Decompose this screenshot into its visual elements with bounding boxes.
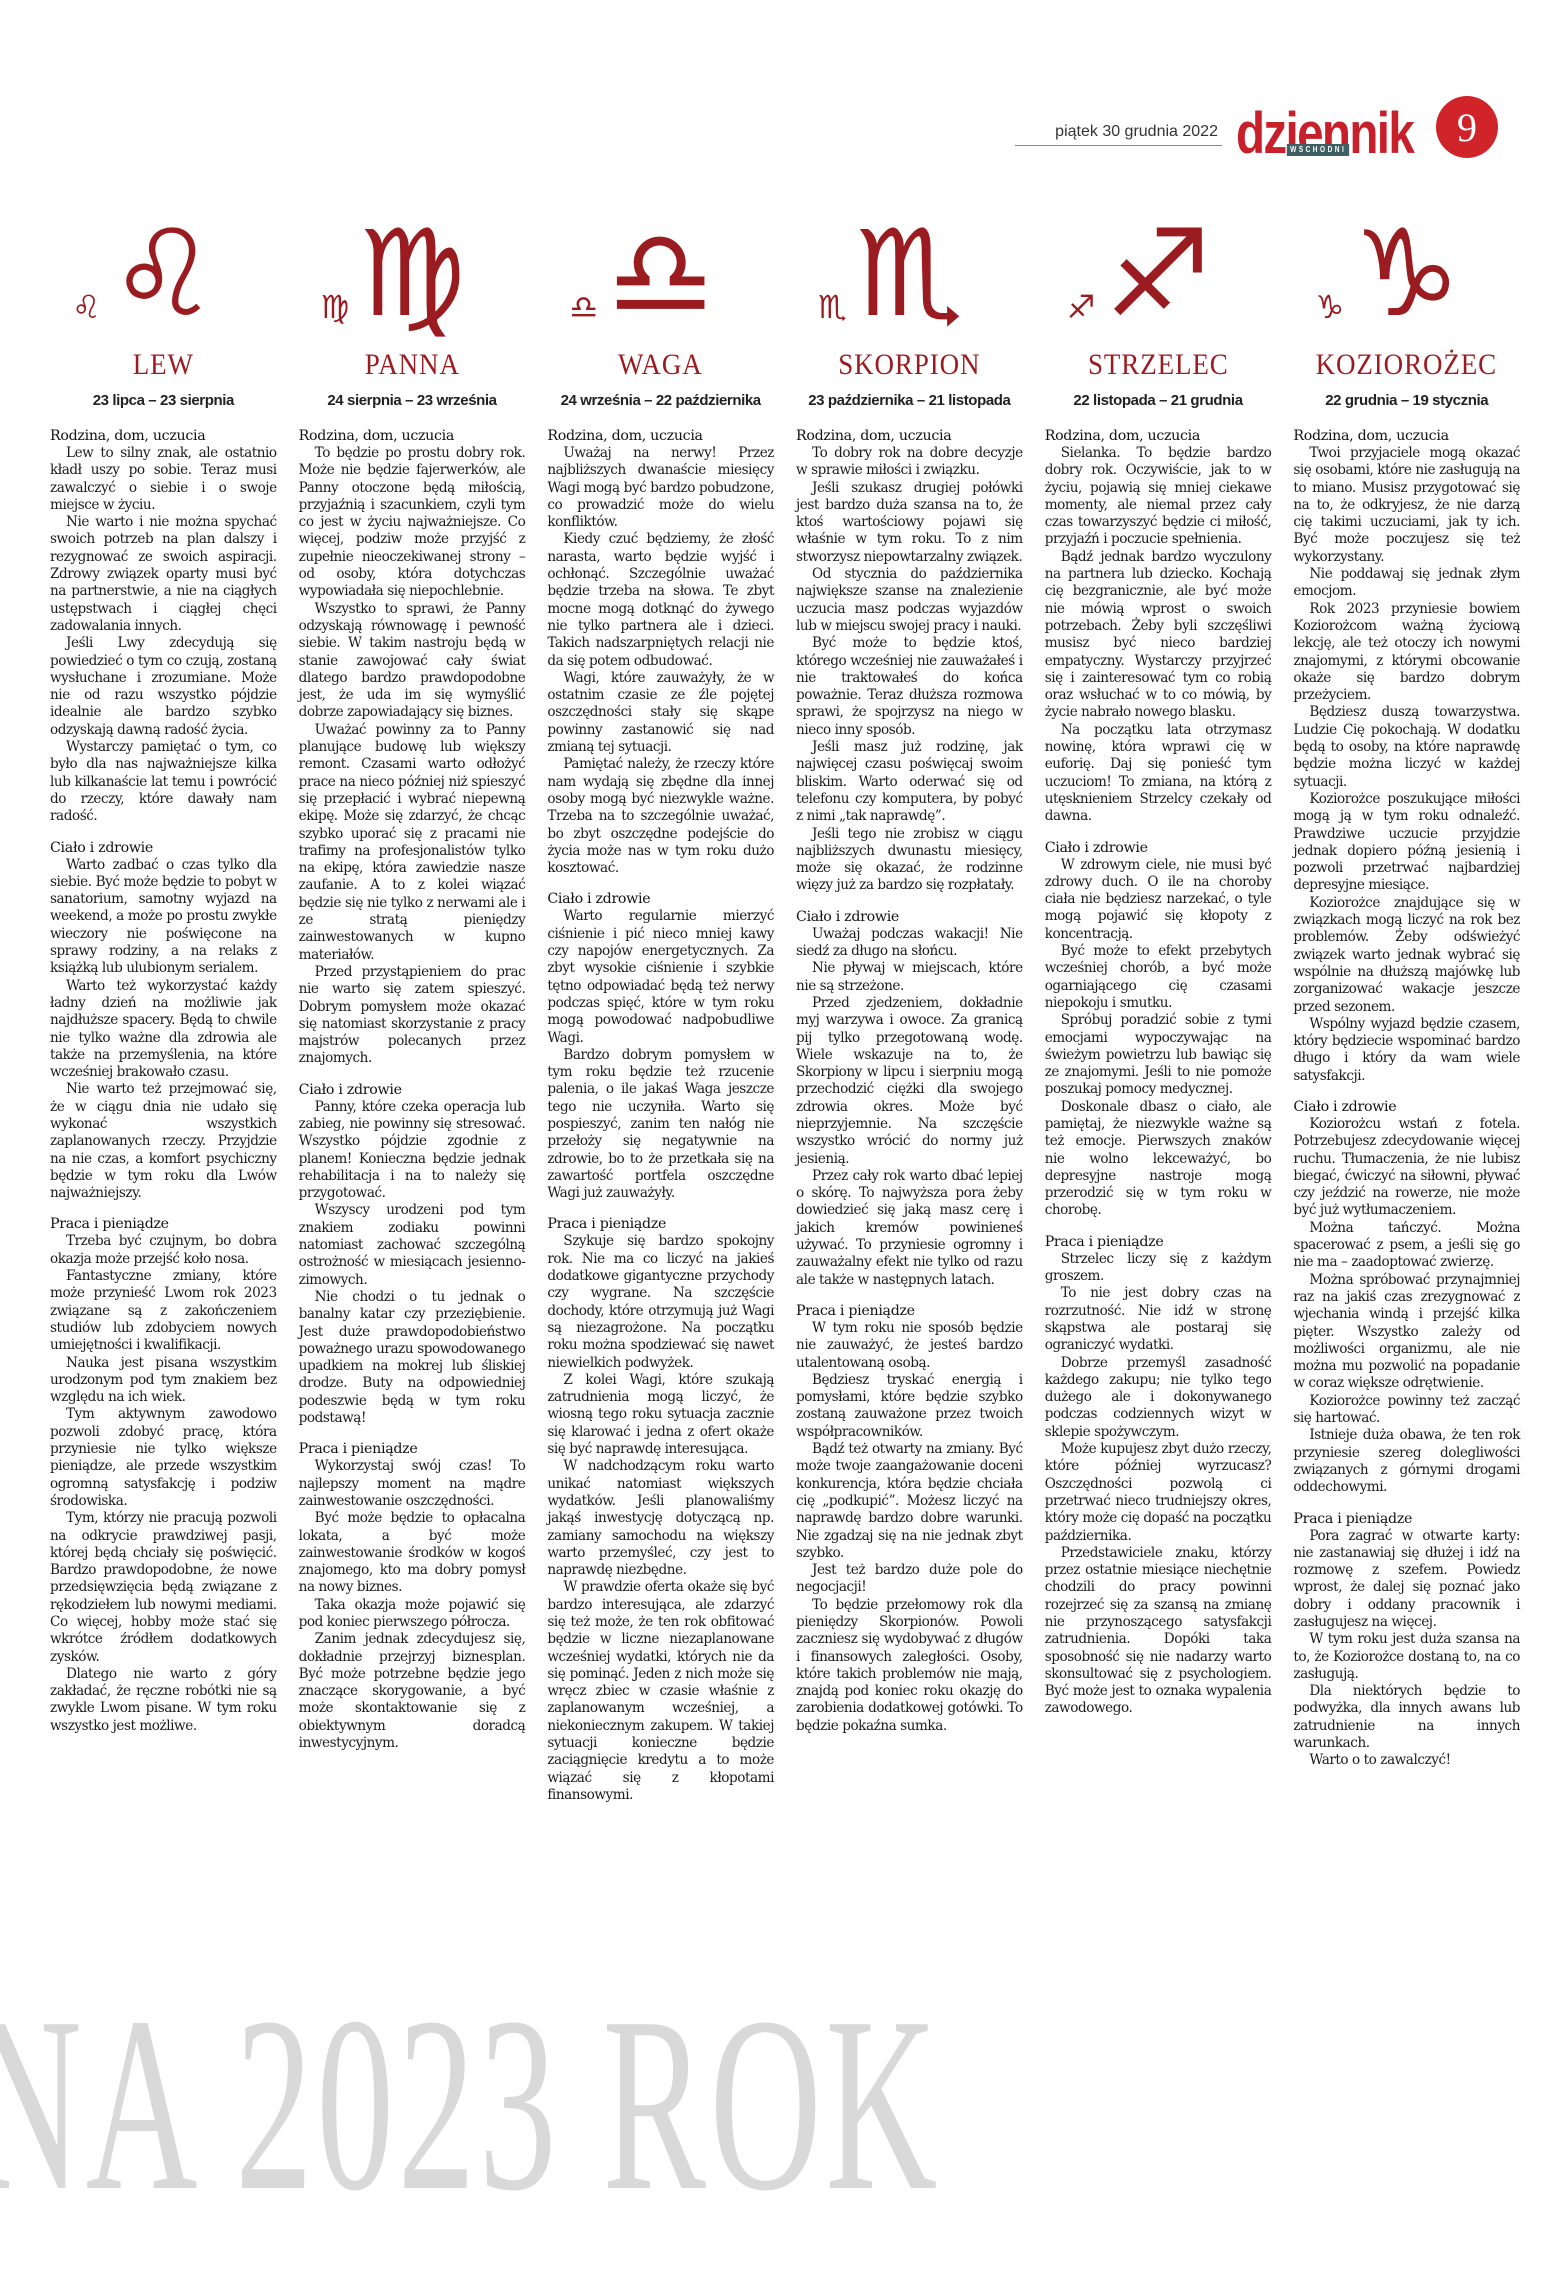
paragraph: Sielanka. To będzie bardzo dobry rok. Oc… <box>1045 445 1272 549</box>
paragraph: Być może to będzie ktoś, którego wcześni… <box>796 635 1023 739</box>
paragraph: Być może to efekt przebytych wcześniej c… <box>1045 943 1272 1012</box>
paragraph: Wspólny wyjazd będzie czasem, który będz… <box>1293 1016 1520 1085</box>
paragraph: Koziorożce znajdujące się w związkach mo… <box>1293 895 1520 1016</box>
horoscope-section: Rodzina, dom, uczuciaSielanka. To będzie… <box>1045 428 1272 826</box>
section-heading: Rodzina, dom, uczucia <box>50 428 277 444</box>
section-heading: Ciało i zdrowie <box>299 1082 526 1098</box>
paragraph: Warto regularnie mierzyć ciśnienie i pić… <box>547 908 774 1046</box>
sign-body: Rodzina, dom, uczuciaSielanka. To będzie… <box>1045 428 1272 1718</box>
watermark-title: NA 2023 ROK <box>0 1995 974 2215</box>
zodiac-figure-icon: ♐ <box>1104 210 1212 340</box>
paragraph: Jeśli szukasz drugiej połówki jest bardz… <box>796 480 1023 566</box>
paragraph: Koziorożce poszukujące miłości mogą ją w… <box>1293 791 1520 895</box>
sign-column-panna: ♍♍PANNA24 sierpnia – 23 wrześniaRodzina,… <box>299 190 526 1818</box>
section-heading: Praca i pieniądze <box>50 1216 277 1232</box>
section-heading: Ciało i zdrowie <box>1293 1099 1520 1115</box>
logo-text: dziennik <box>1236 101 1413 166</box>
paragraph: Wszystko to sprawi, że Panny odzyskają r… <box>299 601 526 722</box>
section-heading: Praca i pieniądze <box>299 1441 526 1457</box>
sign-dates: 24 sierpnia – 23 września <box>299 392 526 409</box>
zodiac-symbol-icon: ♑ <box>1315 288 1344 326</box>
paragraph: Można spróbować przynajmniej raz na jaki… <box>1293 1272 1520 1393</box>
paragraph: Będziesz tryskać energią i pomysłami, kt… <box>796 1372 1023 1441</box>
paragraph: Rok 2023 przyniesie bowiem Koziorożcom w… <box>1293 601 1520 705</box>
paragraph: Tym, którzy nie pracują pozwoli na odkry… <box>50 1510 277 1666</box>
paragraph: Wagi, które zauważyły, że w ostatnim cza… <box>547 670 774 756</box>
paragraph: Z kolei Wagi, które szukają zatrudnienia… <box>547 1372 774 1458</box>
horoscope-section: Praca i pieniądzeSzykuje się bardzo spok… <box>547 1216 774 1804</box>
sign-header: ♐♐STRZELEC22 listopada – 21 grudnia <box>1045 190 1272 420</box>
paragraph: Nie chodzi o tu jednak o banalny katar c… <box>299 1289 526 1427</box>
sign-header: ♍♍PANNA24 sierpnia – 23 września <box>299 190 526 420</box>
sign-header: ♎♎WAGA24 września – 22 października <box>547 190 774 420</box>
paragraph: Warto o to zawalczyć! <box>1293 1752 1520 1769</box>
horoscope-section: Praca i pieniądzePora zagrać w otwarte k… <box>1293 1511 1520 1770</box>
paragraph: Tym aktywnym zawodowo pozwoli zdobyć pra… <box>50 1406 277 1510</box>
horoscope-section: Rodzina, dom, uczuciaTo będzie po prostu… <box>299 428 526 1068</box>
zodiac-symbol-icon: ♍ <box>321 288 350 326</box>
paragraph: Nauka jest pisana wszystkim urodzonym po… <box>50 1355 277 1407</box>
sign-column-skorpion: ♏♏SKORPION23 października – 21 listopada… <box>796 190 1023 1818</box>
horoscope-section: Praca i pieniądzeStrzelec liczy się z ka… <box>1045 1234 1272 1718</box>
newspaper-logo: dziennik WSCHODNI <box>1236 108 1413 160</box>
horoscope-section: Rodzina, dom, uczuciaTwoi przyjaciele mo… <box>1293 428 1520 1085</box>
paragraph: Można tańczyć. Można spacerować z psem, … <box>1293 1220 1520 1272</box>
paragraph: Twoi przyjaciele mogą okazać się osobami… <box>1293 445 1520 566</box>
zodiac-symbol-icon: ♎ <box>569 288 598 326</box>
section-heading: Praca i pieniądze <box>1045 1234 1272 1250</box>
paragraph: Na początku lata otrzymasz nowinę, która… <box>1045 722 1272 826</box>
paragraph: Zanim jednak zdecydujesz się, dokładnie … <box>299 1631 526 1752</box>
paragraph: Fantastyczne zmiany, które może przynieś… <box>50 1268 277 1354</box>
sign-dates: 24 września – 22 października <box>547 392 774 409</box>
paragraph: Kiedy czuć będziemy, że złość narasta, w… <box>547 531 774 669</box>
section-heading: Rodzina, dom, uczucia <box>796 428 1023 444</box>
sign-body: Rodzina, dom, uczuciaUważaj na nerwy! Pr… <box>547 428 774 1804</box>
sign-name: STRZELEC <box>1056 348 1260 382</box>
sign-dates: 22 listopada – 21 grudnia <box>1045 392 1272 409</box>
horoscope-columns: ♌♌LEW23 lipca – 23 sierpniaRodzina, dom,… <box>50 190 1520 1818</box>
horoscope-section: Ciało i zdrowieUważaj podczas wakacji! N… <box>796 909 1023 1289</box>
capricorn-goat-icon: ♑♑ <box>1293 190 1520 340</box>
paragraph: Spróbuj poradzić sobie z tymi emocjami w… <box>1045 1012 1272 1098</box>
paragraph: Nie pływaj w miejscach, które nie są str… <box>796 960 1023 995</box>
paragraph: Trzeba być czujnym, bo dobra okazja może… <box>50 1233 277 1268</box>
sign-body: Rodzina, dom, uczuciaTwoi przyjaciele mo… <box>1293 428 1520 1770</box>
paragraph: Panny, które czeka operacja lub zabieg, … <box>299 1099 526 1203</box>
paragraph: Nie warto też przejmować się, że w ciągu… <box>50 1081 277 1202</box>
sign-header: ♑♑KOZIOROŻEC22 grudnia – 19 stycznia <box>1293 190 1520 420</box>
section-heading: Rodzina, dom, uczucia <box>547 428 774 444</box>
paragraph: Pora zagrać w otwarte karty: nie zastana… <box>1293 1528 1520 1632</box>
paragraph: Uważaj podczas wakacji! Nie siedź za dłu… <box>796 926 1023 961</box>
paragraph: Od stycznia do października największe s… <box>796 566 1023 635</box>
paragraph: Taka okazja może pojawić się pod koniec … <box>299 1597 526 1632</box>
horoscope-section: Ciało i zdrowieKoziorożcu wstań z fotela… <box>1293 1099 1520 1497</box>
paragraph: Lew to silny znak, ale ostatnio kładł us… <box>50 445 277 514</box>
section-heading: Praca i pieniądze <box>796 1303 1023 1319</box>
paragraph: Wszyscy urodzeni pod tym znakiem zodiaku… <box>299 1202 526 1288</box>
paragraph: Koziorożcu wstań z fotela. Potrzebujesz … <box>1293 1116 1520 1220</box>
paragraph: Wykorzystaj swój czas! To najlepszy mome… <box>299 1458 526 1510</box>
section-heading: Rodzina, dom, uczucia <box>1293 428 1520 444</box>
section-heading: Rodzina, dom, uczucia <box>299 428 526 444</box>
paragraph: Bądź też otwarty na zmiany. Być może two… <box>796 1441 1023 1562</box>
paragraph: Doskonale dbasz o ciało, ale pamiętaj, ż… <box>1045 1099 1272 1220</box>
masthead: piątek 30 grudnia 2022 dziennik WSCHODNI… <box>1015 100 1498 160</box>
sign-name: KOZIOROŻEC <box>1305 348 1509 382</box>
horoscope-section: Ciało i zdrowieWarto regularnie mierzyć … <box>547 891 774 1202</box>
paragraph: Być może będzie to opłacalna lokata, a b… <box>299 1510 526 1596</box>
section-heading: Ciało i zdrowie <box>50 840 277 856</box>
paragraph: Warto też wykorzystać każdy ładny dzień … <box>50 978 277 1082</box>
paragraph: Strzelec liczy się z każdym groszem. <box>1045 1251 1272 1286</box>
sign-column-koziorożec: ♑♑KOZIOROŻEC22 grudnia – 19 styczniaRodz… <box>1293 190 1520 1818</box>
paragraph: To będzie przełomowy rok dla pieniędzy S… <box>796 1597 1023 1735</box>
paragraph: To będzie po prostu dobry rok. Może nie … <box>299 445 526 601</box>
sign-dates: 22 grudnia – 19 stycznia <box>1293 392 1520 409</box>
horoscope-section: Rodzina, dom, uczuciaTo dobry rok na dob… <box>796 428 1023 895</box>
paragraph: W prawdzie oferta okaże się być bardzo i… <box>547 1579 774 1804</box>
horoscope-section: Ciało i zdrowieWarto zadbać o czas tylko… <box>50 840 277 1203</box>
zodiac-figure-icon: ♌ <box>110 210 218 340</box>
paragraph: Pamiętać należy, że rzeczy które nam wyd… <box>547 756 774 877</box>
sign-name: PANNA <box>310 348 514 382</box>
paragraph: Warto zadbać o czas tylko dla siebie. By… <box>50 857 277 978</box>
sagittarius-archer-icon: ♐♐ <box>1045 190 1272 340</box>
sign-column-waga: ♎♎WAGA24 września – 22 październikaRodzi… <box>547 190 774 1818</box>
libra-scales-icon: ♎♎ <box>547 190 774 340</box>
scorpio-scorpion-icon: ♏♏ <box>796 190 1023 340</box>
horoscope-section: Ciało i zdrowieW zdrowym ciele, nie musi… <box>1045 840 1272 1220</box>
section-heading: Praca i pieniądze <box>547 1216 774 1232</box>
paragraph: Dla niektórych będzie to podwyżka, dla i… <box>1293 1683 1520 1752</box>
paragraph: Nie poddawaj się jednak złym emocjom. <box>1293 566 1520 601</box>
sign-header: ♏♏SKORPION23 października – 21 listopada <box>796 190 1023 420</box>
zodiac-figure-icon: ♎ <box>607 210 715 340</box>
paragraph: Przed przystąpieniem do prac nie warto s… <box>299 964 526 1068</box>
paragraph: Dlatego nie warto z góry zakładać, że rę… <box>50 1666 277 1735</box>
zodiac-symbol-icon: ♏ <box>818 288 847 326</box>
logo-subtitle: WSCHODNI <box>1287 144 1350 156</box>
paragraph: Przez cały rok warto dbać lepiej o skórę… <box>796 1168 1023 1289</box>
section-heading: Ciało i zdrowie <box>796 909 1023 925</box>
paragraph: Jeśli tego nie zrobisz w ciągu najbliższ… <box>796 826 1023 895</box>
paragraph: Szykuje się bardzo spokojny rok. Nie ma … <box>547 1233 774 1371</box>
section-heading: Ciało i zdrowie <box>547 891 774 907</box>
section-heading: Ciało i zdrowie <box>1045 840 1272 856</box>
paragraph: Jeśli Lwy zdecydują się powiedzieć o tym… <box>50 635 277 739</box>
zodiac-figure-icon: ♑ <box>1353 210 1461 340</box>
horoscope-section: Praca i pieniądzeTrzeba być czujnym, bo … <box>50 1216 277 1735</box>
sign-name: LEW <box>61 348 265 382</box>
paragraph: Może kupujesz zbyt dużo rzeczy, które pó… <box>1045 1441 1272 1545</box>
sign-body: Rodzina, dom, uczuciaLew to silny znak, … <box>50 428 277 1735</box>
horoscope-section: Praca i pieniądzeW tym roku nie sposób b… <box>796 1303 1023 1735</box>
sign-column-lew: ♌♌LEW23 lipca – 23 sierpniaRodzina, dom,… <box>50 190 277 1818</box>
paragraph: Koziorożce powinny też zacząć się hartow… <box>1293 1393 1520 1428</box>
horoscope-section: Rodzina, dom, uczuciaUważaj na nerwy! Pr… <box>547 428 774 877</box>
paragraph: Istnieje duża obawa, że ten rok przynies… <box>1293 1427 1520 1496</box>
paragraph: Uważaj na nerwy! Przez najbliższych dwan… <box>547 445 774 531</box>
paragraph: W zdrowym ciele, nie musi być zdrowy duc… <box>1045 857 1272 943</box>
horoscope-section: Praca i pieniądzeWykorzystaj swój czas! … <box>299 1441 526 1752</box>
paragraph: Jeśli masz już rodzinę, jak najwięcej cz… <box>796 739 1023 825</box>
zodiac-figure-icon: ♍ <box>358 210 466 340</box>
paragraph: Będziesz duszą towarzystwa. Ludzie Cię p… <box>1293 704 1520 790</box>
paragraph: Przedstawiciele znaku, którzy przez osta… <box>1045 1545 1272 1718</box>
paragraph: Przed zjedzeniem, dokładnie myj warzywa … <box>796 995 1023 1168</box>
zodiac-symbol-icon: ♌ <box>72 288 101 326</box>
paragraph: Bądź jednak bardzo wyczulony na partnera… <box>1045 549 1272 722</box>
section-heading: Praca i pieniądze <box>1293 1511 1520 1527</box>
issue-date: piątek 30 grudnia 2022 <box>1015 123 1222 146</box>
sign-dates: 23 lipca – 23 sierpnia <box>50 392 277 409</box>
paragraph: Uważać powinny za to Panny planujące bud… <box>299 722 526 964</box>
paragraph: Wystarczy pamiętać o tym, co było dla na… <box>50 739 277 825</box>
virgo-maiden-icon: ♍♍ <box>299 190 526 340</box>
paragraph: W nadchodzącym roku warto unikać natomia… <box>547 1458 774 1579</box>
paragraph: Nie warto i nie można spychać swoich pot… <box>50 514 277 635</box>
sign-header: ♌♌LEW23 lipca – 23 sierpnia <box>50 190 277 420</box>
sign-column-strzelec: ♐♐STRZELEC22 listopada – 21 grudniaRodzi… <box>1045 190 1272 1818</box>
section-heading: Rodzina, dom, uczucia <box>1045 428 1272 444</box>
horoscope-section: Rodzina, dom, uczuciaLew to silny znak, … <box>50 428 277 826</box>
paragraph: W tym roku jest duża szansa na to, że Ko… <box>1293 1631 1520 1683</box>
paragraph: Dobrze przemyśl zasadność każdego zakupu… <box>1045 1355 1272 1441</box>
paragraph: To dobry rok na dobre decyzje w sprawie … <box>796 445 1023 480</box>
page-number-badge: 9 <box>1436 96 1498 158</box>
paragraph: Jest też bardzo duże pole do negocjacji! <box>796 1562 1023 1597</box>
paragraph: Bardzo dobrym pomysłem w tym roku będzie… <box>547 1047 774 1203</box>
sign-body: Rodzina, dom, uczuciaTo dobry rok na dob… <box>796 428 1023 1735</box>
sign-name: WAGA <box>559 348 763 382</box>
zodiac-symbol-icon: ♐ <box>1067 288 1096 326</box>
sign-name: SKORPION <box>807 348 1011 382</box>
sign-dates: 23 października – 21 listopada <box>796 392 1023 409</box>
sign-body: Rodzina, dom, uczuciaTo będzie po prostu… <box>299 428 526 1752</box>
paragraph: W tym roku nie sposób będzie nie zauważy… <box>796 1320 1023 1372</box>
leo-lion-icon: ♌♌ <box>50 190 277 340</box>
paragraph: To nie jest dobry czas na rozrzutność. N… <box>1045 1285 1272 1354</box>
zodiac-figure-icon: ♏ <box>856 210 964 340</box>
horoscope-section: Ciało i zdrowiePanny, które czeka operac… <box>299 1082 526 1428</box>
